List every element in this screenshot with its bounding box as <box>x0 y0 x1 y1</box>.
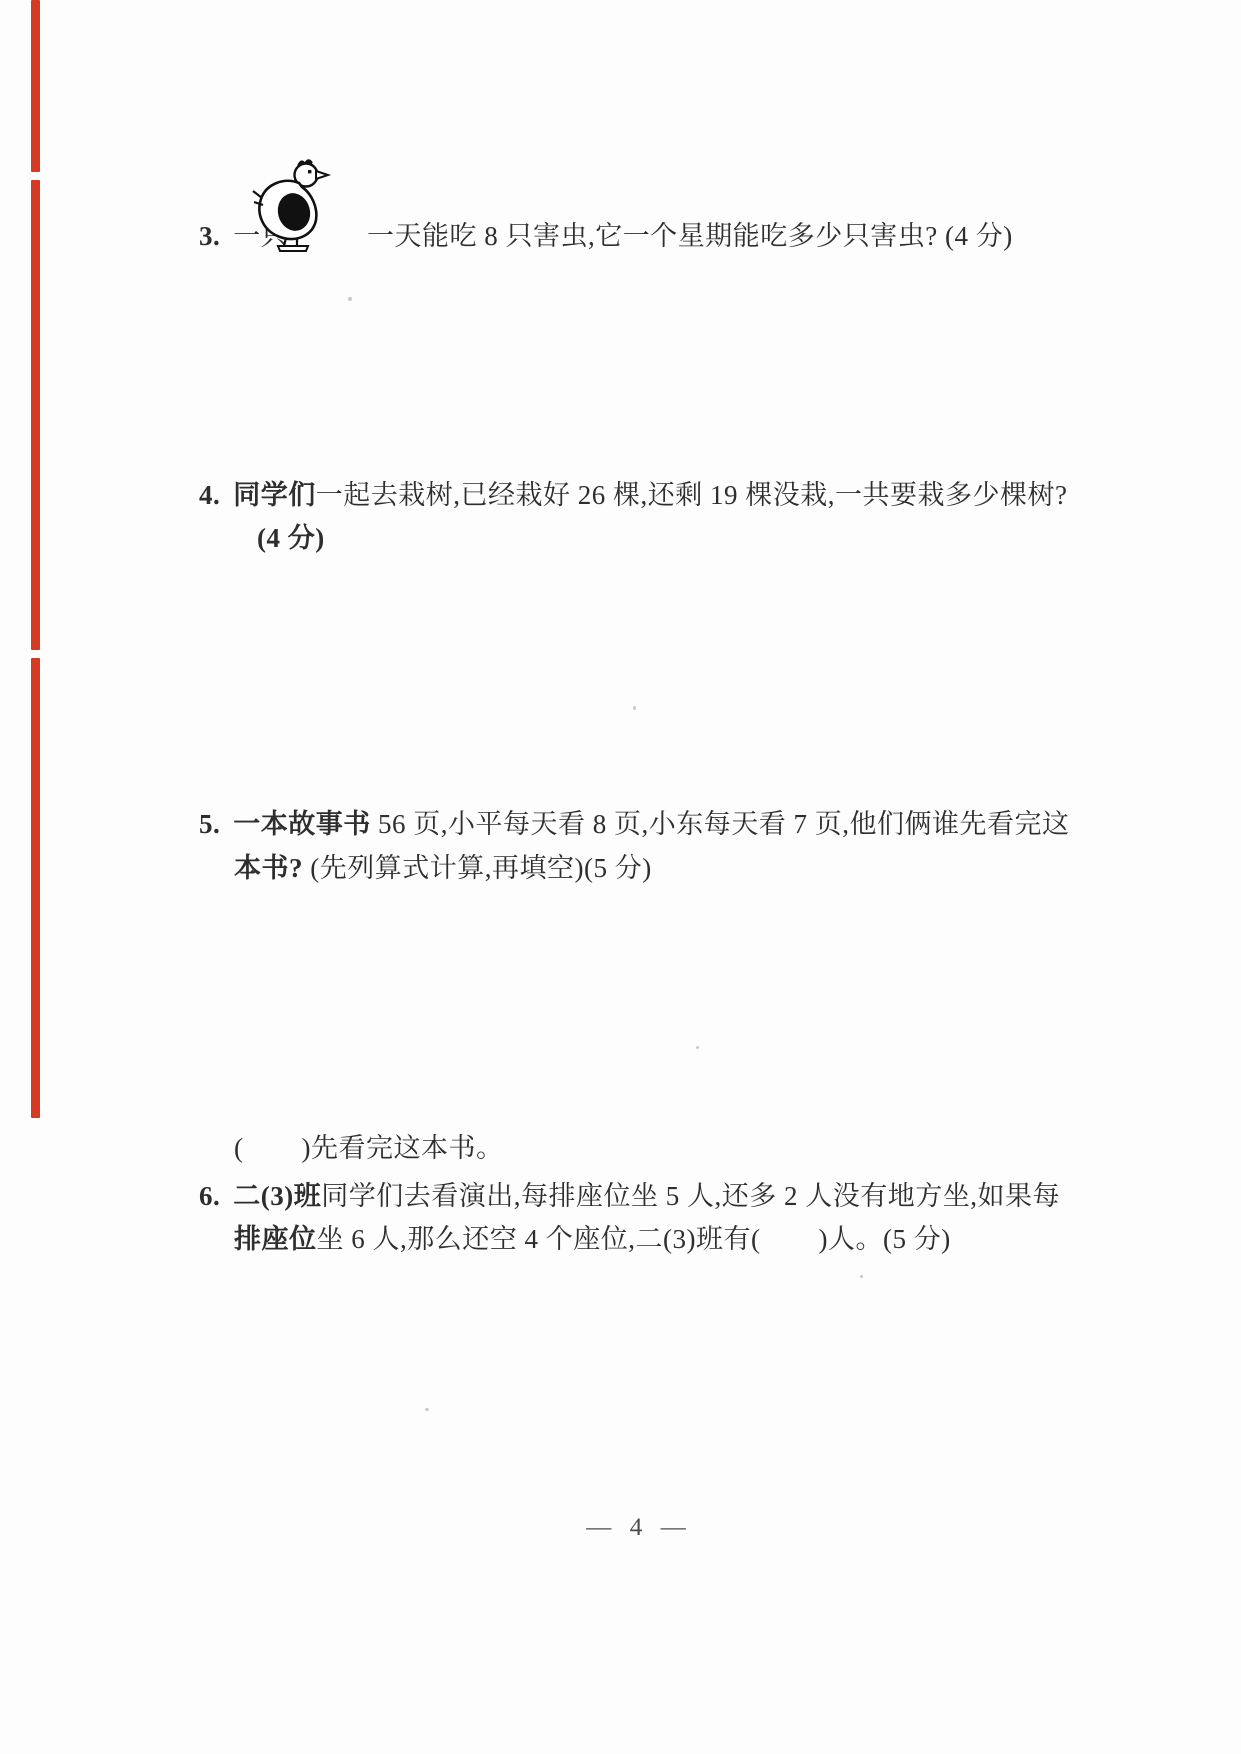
question-5-line-2-text: (先列算式计算,再填空)(5 分) <box>303 853 652 883</box>
scan-speck <box>633 706 636 710</box>
scan-speck <box>348 297 352 301</box>
question-4-text: 一起去栽树,已经栽好 26 棵,还剩 19 棵没栽,一共要栽多少棵树? <box>316 480 1068 510</box>
scan-speck <box>425 1408 429 1411</box>
question-6-line-2-lead: 排座位 <box>234 1224 317 1254</box>
question-6-line-2: 排座位坐 6 人,那么还空 4 个座位,二(3)班有( )人。(5 分) <box>205 1191 951 1287</box>
question-3-post-text: 一天能吃 8 只害虫,它一个星期能吃多少只害虫? (4 分) <box>367 221 1013 251</box>
question-5-line-2: 本书? (先列算式计算,再填空)(5 分) <box>205 820 652 916</box>
question-3-number: 3. <box>199 221 233 251</box>
scan-speck <box>696 1046 699 1049</box>
scanned-test-page: 3.一只 一天能吃 8 只害虫,它一个星期能吃多少只害虫? (4 分) 4.同学… <box>0 0 1241 1754</box>
question-6-line-2-text: 坐 6 人,那么还空 4 个座位,二(3)班有( )人。(5 分) <box>317 1224 951 1254</box>
question-3-text: 一天能吃 8 只害虫,它一个星期能吃多少只害虫? (4 分) <box>338 188 1013 284</box>
red-edge-mark <box>31 658 40 1118</box>
question-5-line-2-lead: 本书? <box>234 853 303 883</box>
chicken-image <box>250 156 332 252</box>
question-4-score: (4 分) <box>228 490 325 586</box>
red-edge-mark <box>31 180 40 650</box>
red-edge-mark <box>31 0 40 172</box>
scan-speck <box>860 1275 863 1278</box>
question-4-score-text: (4 分) <box>257 523 325 553</box>
page-number-footer: — 4 — <box>0 1486 1241 1570</box>
page-number: — 4 — <box>586 1514 688 1541</box>
